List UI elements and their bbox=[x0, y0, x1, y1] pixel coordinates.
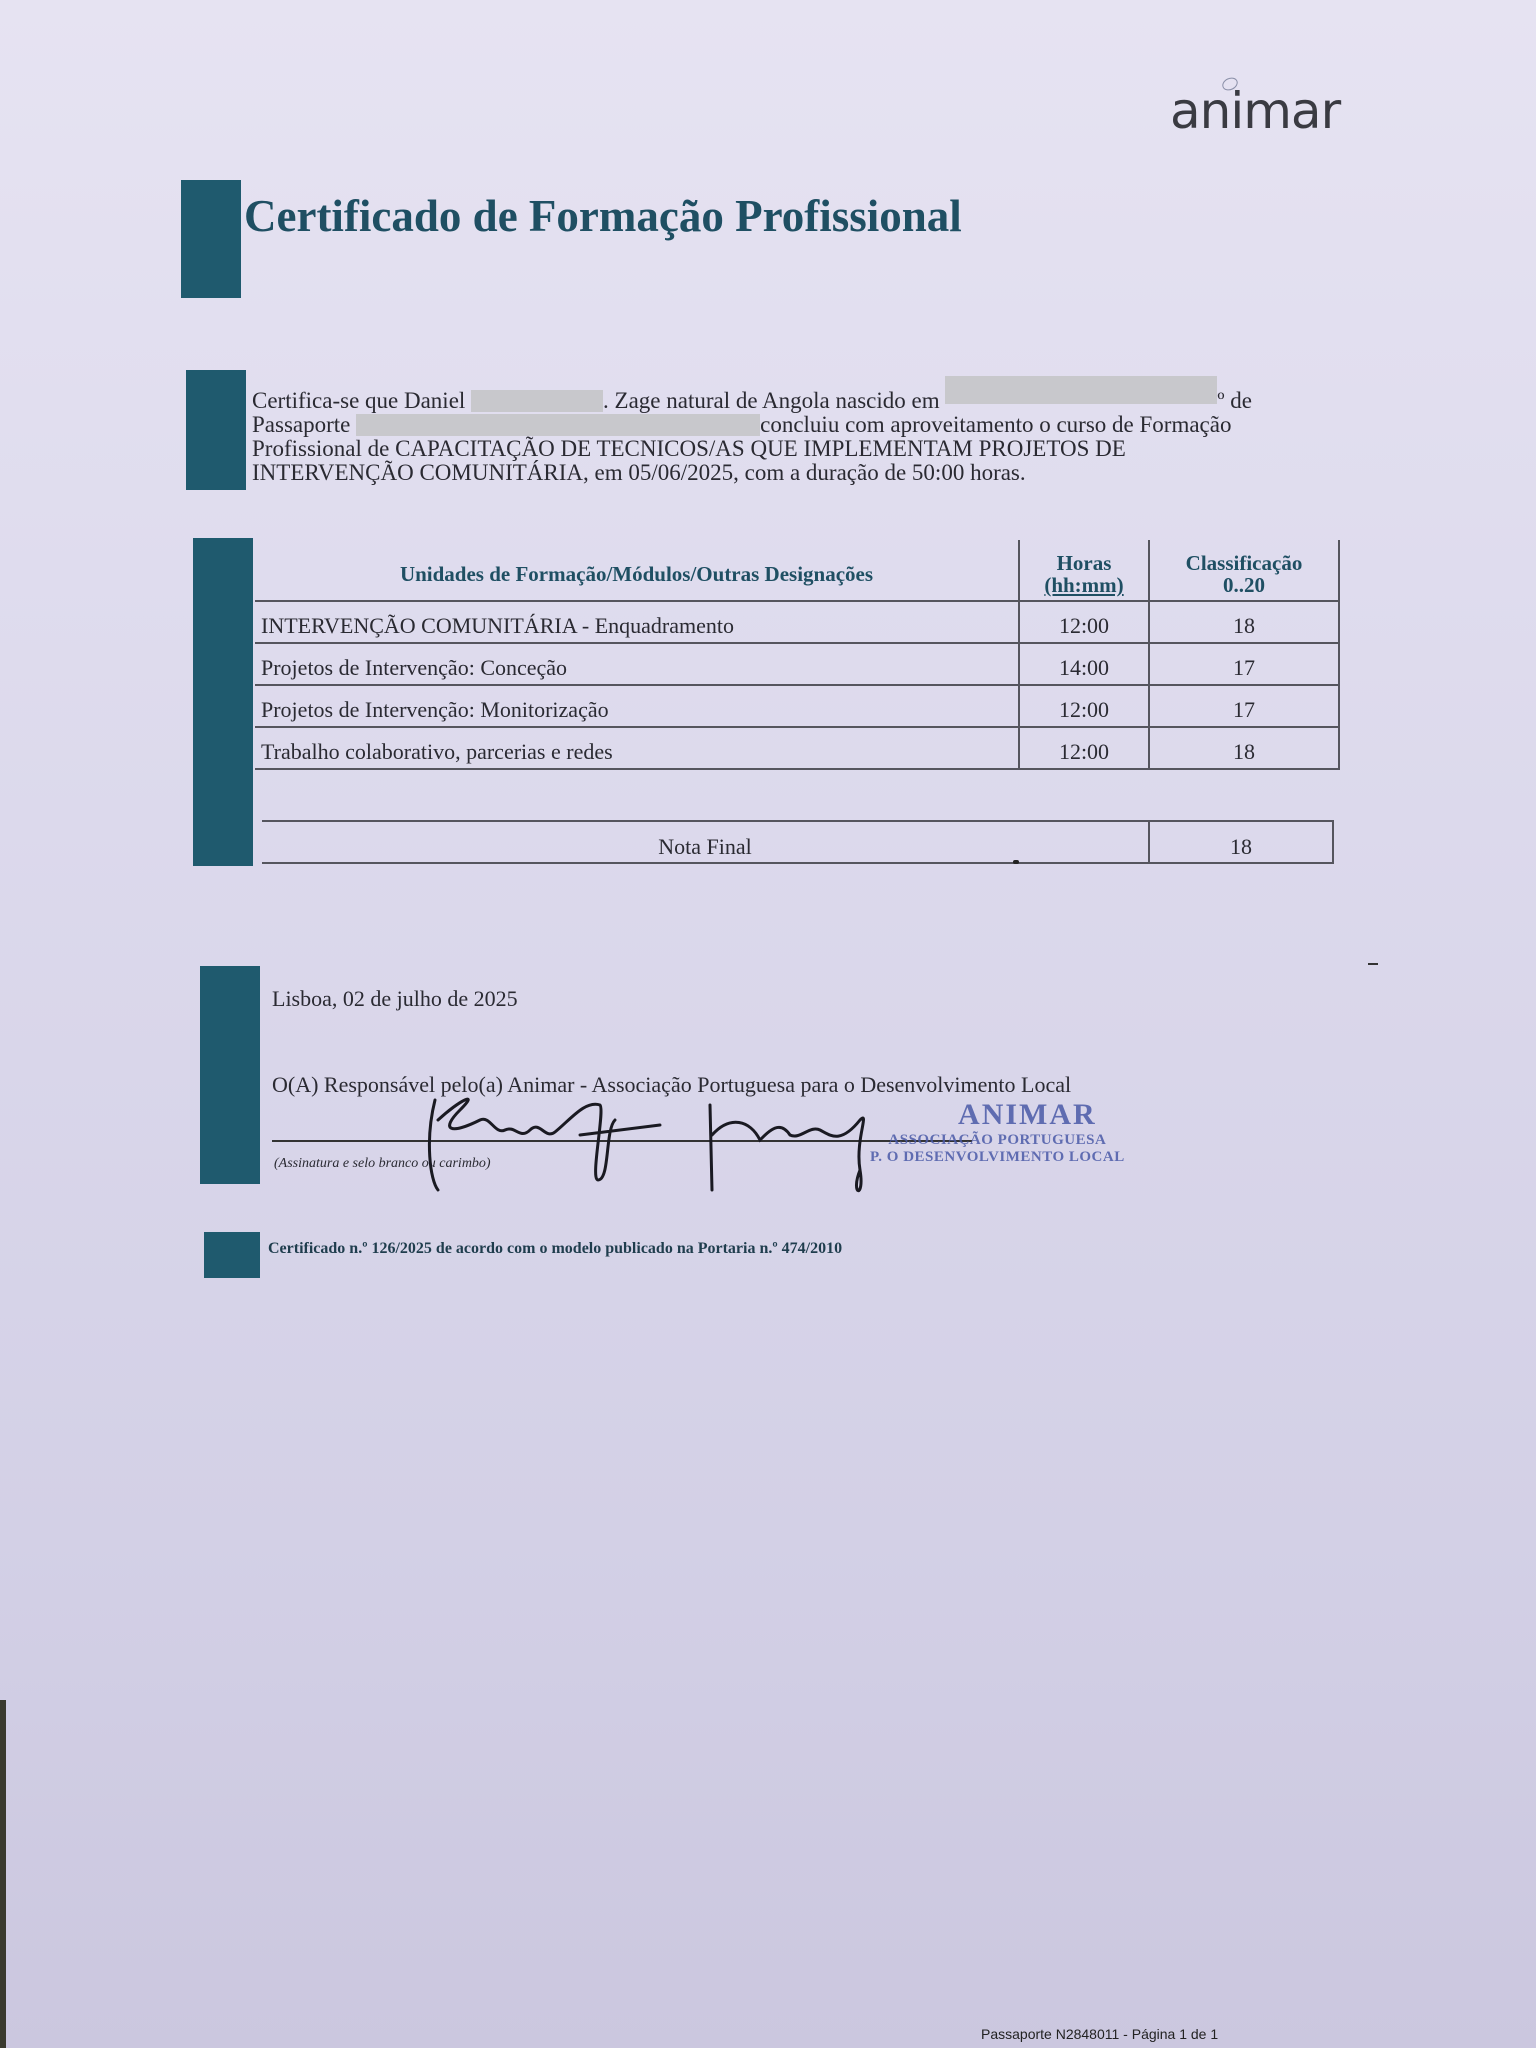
ink-dot bbox=[1013, 860, 1019, 864]
intro-text: . Zage natural de Angola nascido em bbox=[603, 388, 940, 413]
module-grade: 17 bbox=[1149, 643, 1339, 685]
module-grade: 18 bbox=[1149, 601, 1339, 643]
column-header-grade: Classificação 0..20 bbox=[1149, 540, 1339, 601]
module-grade: 17 bbox=[1149, 685, 1339, 727]
intro-text: º de bbox=[1217, 388, 1252, 413]
certification-statement: Certifica-se que Daniel . Zage natural d… bbox=[252, 376, 1344, 485]
hours-header-unit: (hh:mm) bbox=[1044, 573, 1123, 597]
table-accent-bar bbox=[193, 538, 253, 866]
module-name: Projetos de Intervenção: Monitorização bbox=[255, 685, 1019, 727]
page-title: Certificado de Formação Profissional bbox=[244, 190, 962, 242]
module-name: Projetos de Intervenção: Conceção bbox=[255, 643, 1019, 685]
grade-header-range: 0..20 bbox=[1154, 574, 1334, 596]
module-hours: 14:00 bbox=[1019, 643, 1149, 685]
page-footer: Passaporte N2848011 - Página 1 de 1 bbox=[981, 2026, 1218, 2042]
place-and-date: Lisboa, 02 de julho de 2025 bbox=[272, 986, 518, 1012]
title-accent-bar bbox=[181, 180, 241, 298]
module-hours: 12:00 bbox=[1019, 601, 1149, 643]
column-header-module: Unidades de Formação/Módulos/Outras Desi… bbox=[255, 540, 1019, 601]
table-row: INTERVENÇÃO COMUNITÁRIA - Enquadramento … bbox=[255, 601, 1339, 643]
intro-text: Profissional de CAPACITAÇÃO DE TECNICOS/… bbox=[252, 437, 1344, 461]
modules-table: Unidades de Formação/Módulos/Outras Desi… bbox=[255, 540, 1340, 770]
note-accent-bar bbox=[204, 1232, 260, 1278]
redacted-passport bbox=[356, 414, 760, 436]
intro-text: INTERVENÇÃO COMUNITÁRIA, em 05/06/2025, … bbox=[252, 461, 1344, 485]
hours-header-label: Horas bbox=[1024, 552, 1144, 574]
module-name: INTERVENÇÃO COMUNITÁRIA - Enquadramento bbox=[255, 601, 1019, 643]
animar-logo: animar bbox=[1170, 82, 1340, 140]
redacted-birthdate bbox=[945, 376, 1217, 404]
module-name: Trabalho colaborativo, parcerias e redes bbox=[255, 727, 1019, 769]
module-hours: 12:00 bbox=[1019, 727, 1149, 769]
final-grade-table: Nota Final 18 bbox=[262, 820, 1334, 864]
module-grade: 18 bbox=[1149, 727, 1339, 769]
signature-accent-bar bbox=[200, 966, 260, 1184]
intro-text: Passaporte bbox=[252, 412, 350, 437]
table-row: Projetos de Intervenção: Conceção 14:00 … bbox=[255, 643, 1339, 685]
column-header-hours: Horas (hh:mm) bbox=[1019, 540, 1149, 601]
stray-mark bbox=[1368, 963, 1378, 965]
grade-header-label: Classificação bbox=[1154, 552, 1334, 574]
certificate-number-note: Certificado n.º 126/2025 de acordo com o… bbox=[268, 1240, 842, 1258]
intro-accent-bar bbox=[186, 370, 246, 490]
final-grade-label: Nota Final bbox=[262, 821, 1149, 863]
handwritten-signature bbox=[420, 1080, 940, 1200]
redacted-surname bbox=[471, 390, 603, 412]
final-grade-row: Nota Final 18 bbox=[262, 821, 1333, 863]
final-grade-value: 18 bbox=[1149, 821, 1333, 863]
module-hours: 12:00 bbox=[1019, 685, 1149, 727]
stamp-title: ANIMAR bbox=[930, 1098, 1125, 1132]
photo-background-edge bbox=[0, 1700, 6, 2048]
table-row: Trabalho colaborativo, parcerias e redes… bbox=[255, 727, 1339, 769]
intro-text: concluiu com aproveitamento o curso de F… bbox=[760, 412, 1231, 437]
intro-text: Certifica-se que Daniel bbox=[252, 388, 465, 413]
table-row: Projetos de Intervenção: Monitorização 1… bbox=[255, 685, 1339, 727]
